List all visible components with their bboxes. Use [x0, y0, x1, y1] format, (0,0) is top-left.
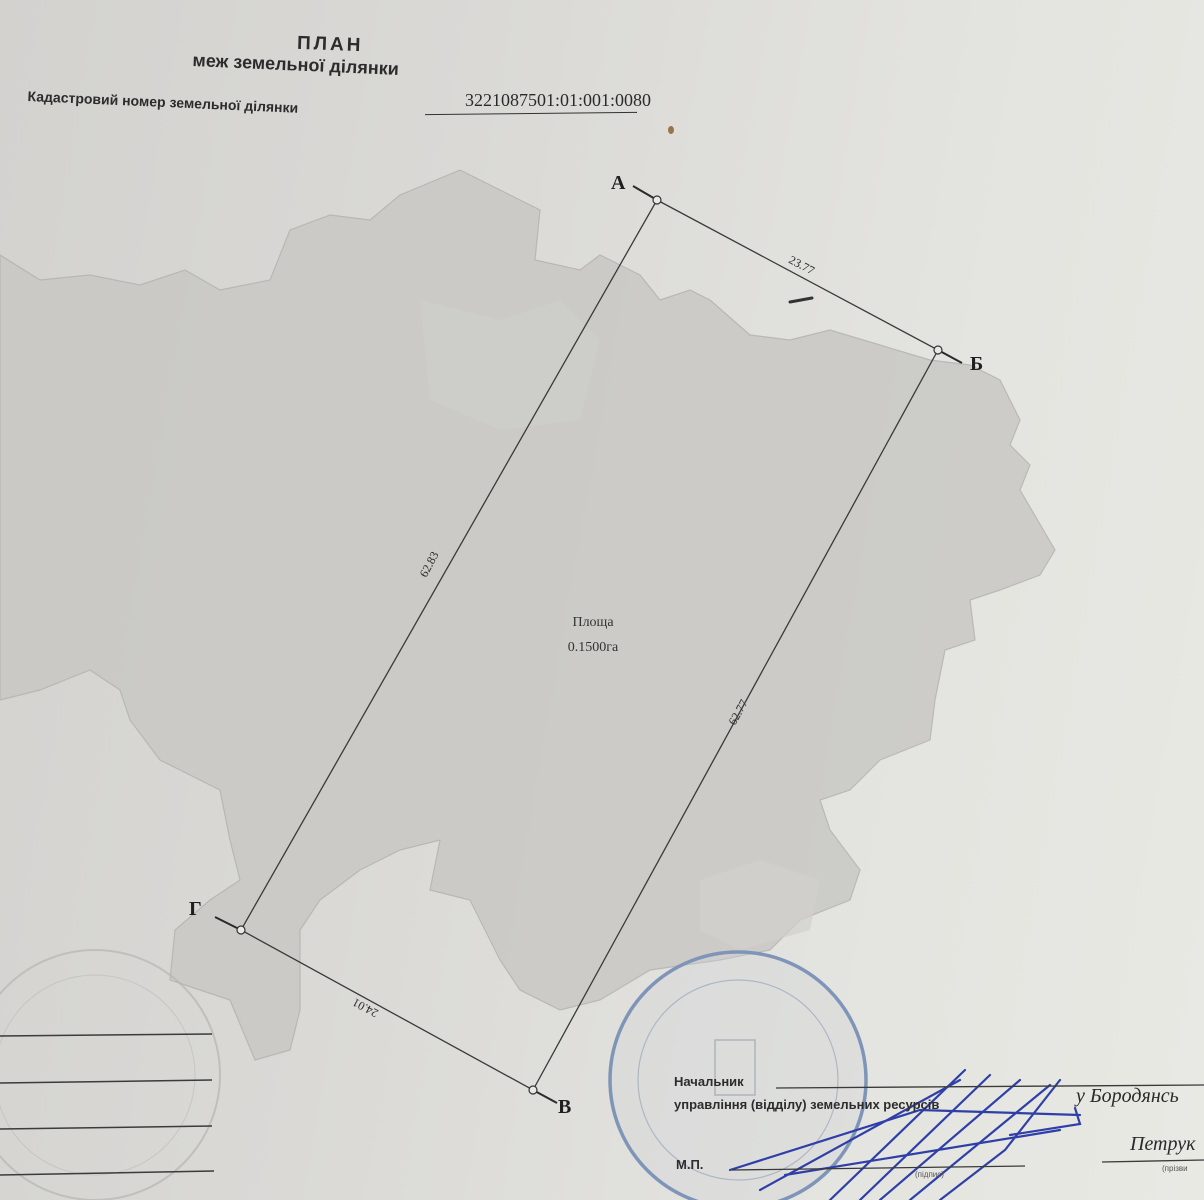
plot-area: Площа 0.1500га — [548, 610, 638, 660]
cadastral-number: 3221087501:01:001:0080 — [465, 90, 651, 111]
department-label: управління (відділу) земельних ресурсів — [674, 1097, 939, 1112]
table-lines — [0, 1034, 214, 1175]
location-text: у Бородянсь — [1076, 1085, 1179, 1108]
surrounding-land-region — [0, 170, 1055, 1060]
vertex-label-a: А — [611, 172, 625, 195]
name-caption: (прізви — [1162, 1164, 1188, 1173]
vertex-label-b: Б — [970, 353, 983, 376]
vertex-label-g: Г — [189, 898, 202, 921]
area-label: Площа — [548, 610, 638, 635]
vertex-label-v: В — [558, 1096, 571, 1119]
head-label: Начальник — [674, 1074, 744, 1089]
plan-drawing — [0, 0, 1204, 1200]
stamp-left — [0, 950, 220, 1200]
official-name: Петрук — [1130, 1133, 1195, 1156]
document-title: ПЛАН — [297, 33, 364, 57]
area-value: 0.1500га — [548, 635, 638, 660]
signature-caption: (підпис) — [915, 1170, 944, 1179]
stamp-label: М.П. — [676, 1157, 703, 1172]
